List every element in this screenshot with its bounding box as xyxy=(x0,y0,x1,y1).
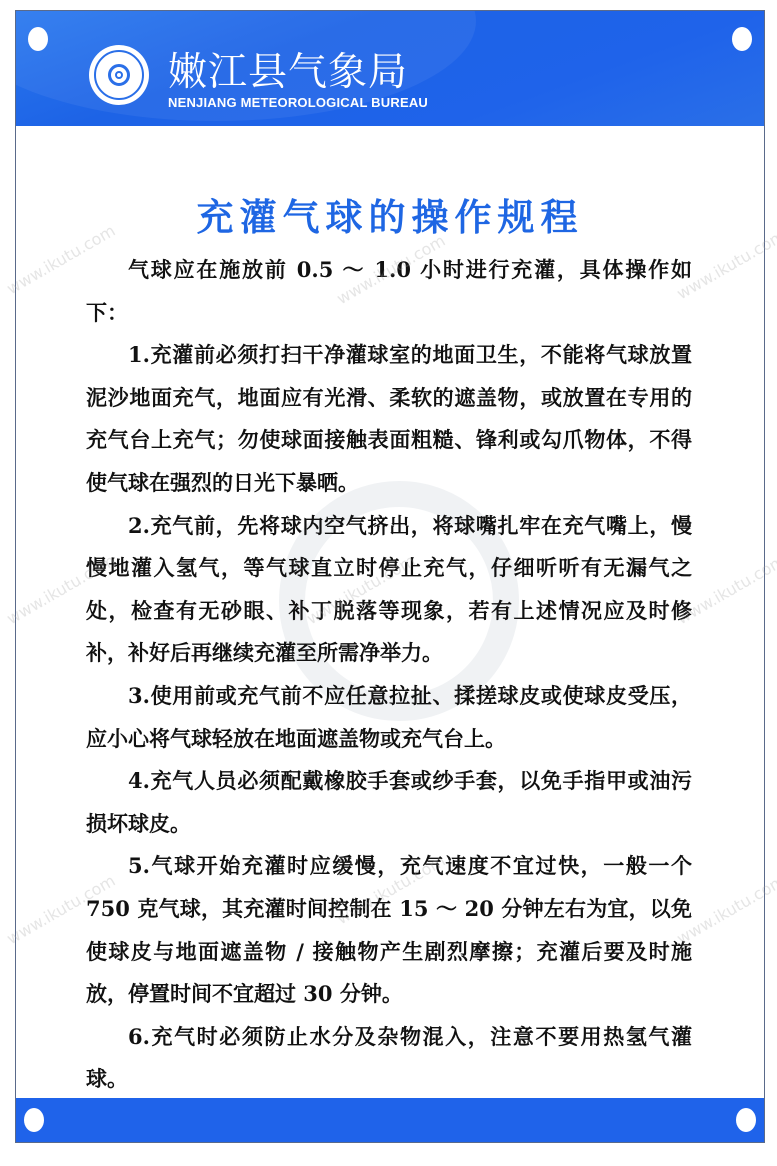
rule-1: 1.充灌前必须打扫干净灌球室的地面卫生，不能将气球放置泥沙地面充气，地面应有光滑… xyxy=(86,334,692,504)
header-banner: 嫩江县气象局 NENJIANG METEOROLOGICAL BUREAU xyxy=(16,11,764,126)
mounting-hole-icon xyxy=(28,27,48,51)
footer-banner xyxy=(16,1098,764,1142)
rule-6: 6.充气时必须防止水分及杂物混入，注意不要用热氢气灌球。 xyxy=(86,1016,692,1101)
rule-4: 4.充气人员必须配戴橡胶手套或纱手套，以免手指甲或油污损坏球皮。 xyxy=(86,760,692,845)
mounting-hole-icon xyxy=(732,27,752,51)
document-title: 充灌气球的操作规程 xyxy=(16,187,764,241)
regulation-sign: 嫩江县气象局 NENJIANG METEOROLOGICAL BUREAU 充灌… xyxy=(15,10,765,1143)
document-body: 气球应在施放前 0.5 ～ 1.0 小时进行充灌，具体操作如下： 1.充灌前必须… xyxy=(86,249,692,1101)
intro-paragraph: 气球应在施放前 0.5 ～ 1.0 小时进行充灌，具体操作如下： xyxy=(86,249,692,334)
org-name-en: NENJIANG METEOROLOGICAL BUREAU xyxy=(168,95,428,110)
mounting-hole-icon xyxy=(736,1108,756,1132)
rule-3: 3.使用前或充气前不应任意拉扯、揉搓球皮或使球皮受压，应小心将气球轻放在地面遮盖… xyxy=(86,675,692,760)
rule-2: 2.充气前，先将球内空气挤出，将球嘴扎牢在充气嘴上，慢慢地灌入氢气，等气球直立时… xyxy=(86,505,692,675)
rule-5: 5.气球开始充灌时应缓慢，充气速度不宜过快，一般一个 750 克气球，其充灌时间… xyxy=(86,845,692,1015)
org-name-cn: 嫩江县气象局 xyxy=(168,41,408,97)
mounting-hole-icon xyxy=(24,1108,44,1132)
china-meteorology-emblem-icon xyxy=(89,45,149,105)
